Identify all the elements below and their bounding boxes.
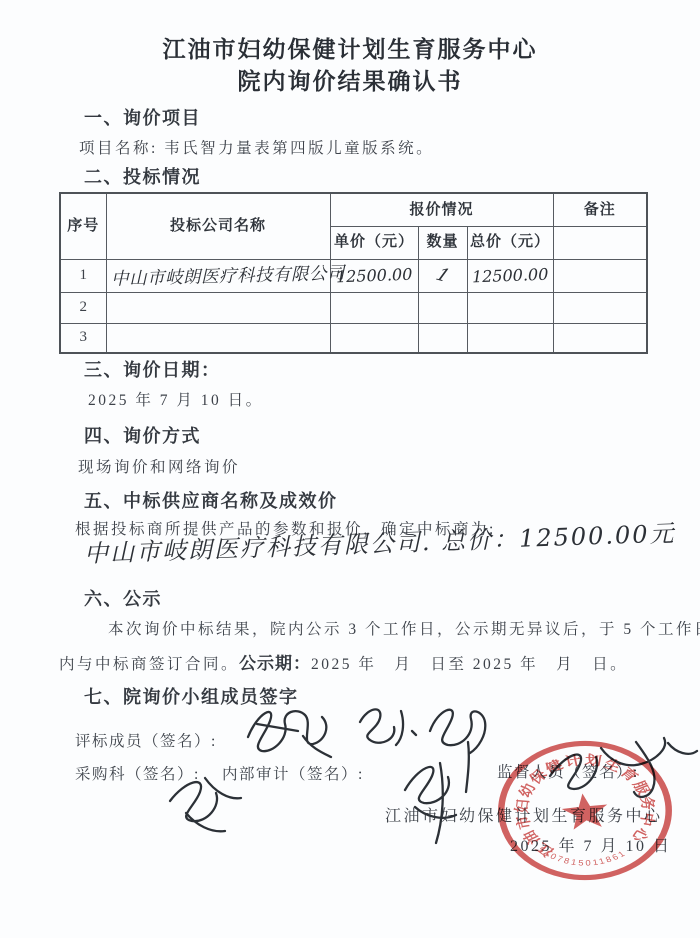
row2-total-price (467, 292, 553, 323)
row2-unit-price (330, 292, 418, 323)
document-page: 江油市妇幼保健计划生育服务中心 院内询价结果确认书 一、询价项目 项目名称: 韦… (0, 0, 700, 938)
row1-seq: 1 (60, 259, 106, 292)
section6-line2: 内与中标商签订合同。公示期：2025 年 月 日至 2025 年 月 日。 (59, 649, 628, 674)
section3-body: 2025 年 7 月 10 日。 (88, 388, 264, 410)
row3-seq: 3 (60, 323, 106, 353)
section6-line1: 本次询价中标结果，院内公示 3 个工作日，公示期无异议后，于 5 个工作日 (108, 617, 700, 639)
section7-heading: 七、院询价小组成员签字 (84, 683, 299, 709)
document-title-line1: 江油市妇幼保健计划生育服务中心 (0, 31, 700, 64)
col-header-quantity: 数量 (418, 226, 467, 259)
row3-unit-price (330, 323, 418, 353)
row2-company (106, 292, 330, 323)
section6-line2-rest: 2025 年 月 日至 2025 年 月 日。 (311, 656, 628, 673)
row2-remark (553, 292, 647, 323)
section4-heading: 四、询价方式 (84, 422, 201, 448)
col-header-company: 投标公司名称 (106, 193, 330, 259)
section6-line2-text: 内与中标商签订合同。 (59, 656, 239, 673)
remark-header-subcell (553, 226, 647, 259)
row1-total-price-handwritten: 12500.00 (472, 264, 549, 286)
table-row-1: 1 中山市岐朗医疗科技有限公司 12500.00 1 12500.00 (60, 259, 647, 292)
row1-unit-price-handwritten: 12500.00 (336, 264, 413, 286)
bid-table: 序号 投标公司名称 报价情况 备注 单价（元） 数量 总价（元） 1 中山市岐朗… (59, 192, 648, 354)
col-header-quote-group: 报价情况 (330, 193, 553, 226)
table-row-3: 3 (60, 323, 647, 353)
evaluator-signature-label: 评标成员（签名）: (75, 729, 217, 751)
evaluator-signature-1 (248, 711, 331, 757)
document-title-line2: 院内询价结果确认书 (0, 63, 700, 96)
procurement-signature-label: 采购科（签名）: (75, 762, 200, 784)
footer-org-name: 江油市妇幼保健计划生育服务中心 (385, 803, 663, 826)
section4-body: 现场询价和网络询价 (78, 455, 240, 477)
col-header-unit-price: 单价（元） (330, 226, 418, 259)
footer-date: 2025 年 7 月 10 日 (510, 833, 672, 856)
section6-line2-bold: 公示期： (239, 654, 311, 673)
section5-heading: 五、中标供应商名称及成效价 (84, 487, 338, 513)
col-header-seq: 序号 (60, 193, 106, 259)
row2-quantity (418, 292, 467, 323)
audit-signature-label: 内部审计（签名）: (222, 762, 364, 784)
row1-quantity-handwritten: 1 (432, 264, 453, 286)
row3-total-price (467, 323, 553, 353)
row3-remark (553, 323, 647, 353)
row2-seq: 2 (60, 292, 106, 323)
section6-heading: 六、公示 (84, 585, 162, 611)
table-header-row-1: 序号 投标公司名称 报价情况 备注 (60, 193, 647, 226)
supervisor-signature-label: 监督人员（签名）: (497, 760, 639, 782)
col-header-remark: 备注 (553, 193, 647, 226)
evaluator-signature-3 (430, 710, 485, 792)
row1-company-handwritten: 中山市岐朗医疗科技有限公司 (106, 260, 330, 291)
section3-heading: 三、询价日期： (84, 356, 221, 382)
row3-quantity (418, 323, 467, 353)
section1-body: 项目名称: 韦氏智力量表第四版儿童版系统。 (79, 136, 434, 158)
row1-remark (553, 259, 647, 292)
section1-heading: 一、询价项目 (84, 104, 201, 130)
evaluator-signature-2 (360, 709, 416, 745)
section2-heading: 二、投标情况 (84, 163, 201, 189)
procurement-signature (170, 778, 241, 831)
col-header-total-price: 总价（元） (467, 226, 553, 259)
row3-company (106, 323, 330, 353)
table-row-2: 2 (60, 292, 647, 323)
